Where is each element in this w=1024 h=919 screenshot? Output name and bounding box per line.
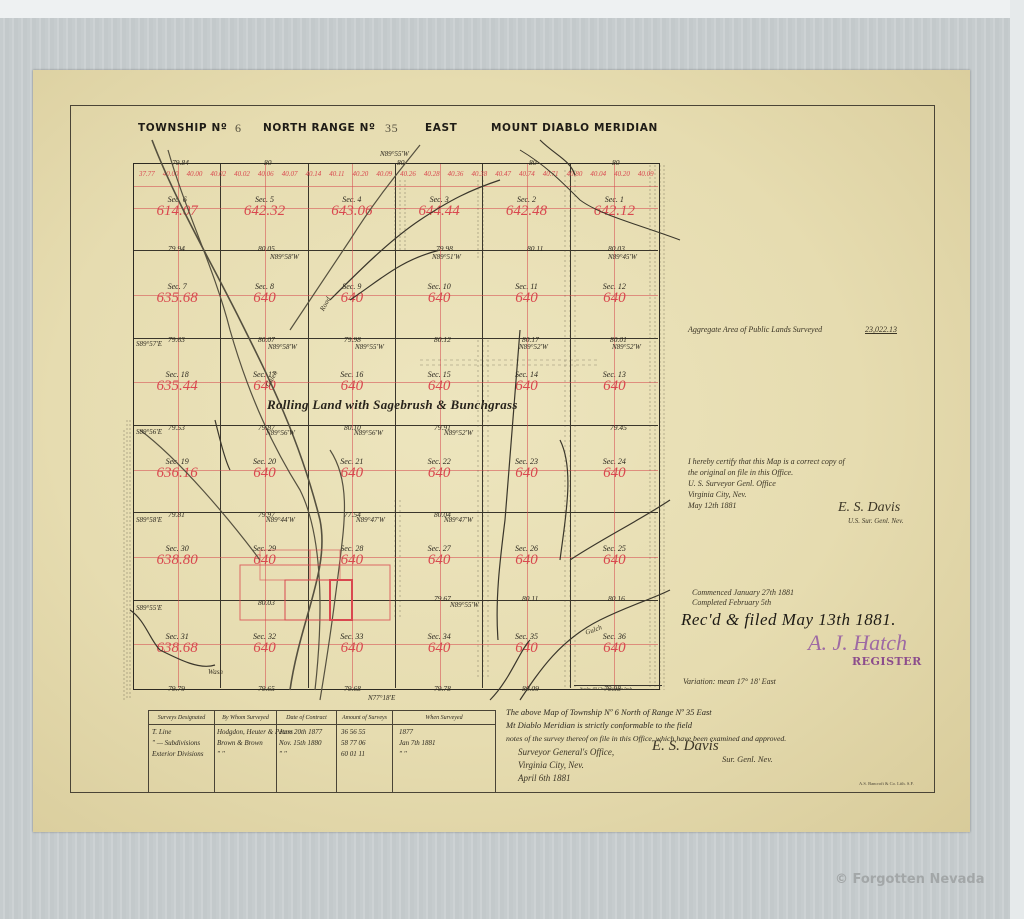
chain-distance: 79.84 xyxy=(172,158,189,167)
chain-distance: 80 xyxy=(397,158,405,167)
certify-line: Virginia City, Nev. xyxy=(688,489,845,500)
chain-distance: 79.63 xyxy=(168,335,185,344)
certify-line: May 12th 1881 xyxy=(688,500,845,511)
table-header: By Whom Surveyed xyxy=(215,711,277,725)
chain-distance: 80.11 xyxy=(527,244,543,253)
wash-label: Wash xyxy=(208,668,223,676)
certificate-signature-title: Sur. Genl. Nev. xyxy=(722,754,773,764)
table-header: Amount of Surveys xyxy=(337,711,393,725)
line-bearing: N89°45'W xyxy=(608,253,637,261)
line-bearing: N89°55'W xyxy=(380,150,409,158)
line-bearing: N89°47'W xyxy=(444,516,473,524)
chain-distance: 79.78 xyxy=(434,684,451,693)
line-bearing: N89°44'W xyxy=(266,516,295,524)
line-bearing: N89°56'W xyxy=(266,429,295,437)
chain-distance: 79.65 xyxy=(258,684,275,693)
chain-distance: 80.11 xyxy=(522,594,538,603)
chain-distance: 79.45 xyxy=(610,423,627,432)
table-cell: Exterior Divisions xyxy=(152,750,204,758)
chain-distance: 80 xyxy=(529,158,537,167)
line-bearing: S89°56'E xyxy=(136,428,162,436)
chain-distance: 79.67 xyxy=(434,594,451,603)
chain-distance: 80 xyxy=(612,158,620,167)
certify-line: U. S. Surveyor Genl. Office xyxy=(688,478,845,489)
chain-distance: 80.12 xyxy=(434,335,451,344)
line-bearing: N89°51'W xyxy=(432,253,461,261)
aggregate-area-label: Aggregate Area of Public Lands Surveyed xyxy=(688,325,822,334)
chain-distance: 79.53 xyxy=(168,423,185,432)
line-bearing: S89°58'E xyxy=(136,516,162,524)
lithographer-credit: A.S. Bancroft & Co. Lith. S.F. xyxy=(859,781,914,786)
chain-distance: 80 xyxy=(264,158,272,167)
table-cell: June 20th 1877 xyxy=(279,728,322,736)
aggregate-area-value: 23,022.13 xyxy=(865,325,897,334)
watermark: © Forgotten Nevada xyxy=(835,872,985,887)
table-cell: 60 01 11 xyxy=(341,750,365,758)
certificate-line: The above Map of Township Nº 6 North of … xyxy=(506,706,886,719)
certify-signature-title: U.S. Sur. Genl. Nev. xyxy=(848,517,903,525)
certify-line: I hereby certify that this Map is a corr… xyxy=(688,456,845,467)
table-cell: T. Line xyxy=(152,728,171,736)
line-bearing: N89°56'W xyxy=(354,429,383,437)
register-signature: A. J. Hatch xyxy=(808,630,907,656)
office-block: Surveyor General's Office, Virginia City… xyxy=(518,746,614,785)
chain-distance: 79.94 xyxy=(168,244,185,253)
completed-date: Completed February 5th xyxy=(692,598,771,607)
table-cell: Nov. 15th 1880 xyxy=(279,739,321,747)
table-cell: " — Subdivisions xyxy=(152,739,200,747)
table-header: Surveys Designated xyxy=(149,711,215,725)
chain-distance: 80.05 xyxy=(258,244,275,253)
line-bearing: N89°55'W xyxy=(450,601,479,609)
line-bearing: N77°18'E xyxy=(368,694,395,702)
land-description: Rolling Land with Sagebrush & Bunchgrass xyxy=(267,397,518,413)
chain-distance: 79.79 xyxy=(168,684,185,693)
line-bearing: N89°58'W xyxy=(270,253,299,261)
chain-distance: 80.09 xyxy=(522,684,539,693)
table-header: When Surveyed xyxy=(393,711,495,725)
line-bearing: S89°55'E xyxy=(136,604,162,612)
chain-distance: 80.03 xyxy=(258,598,275,607)
table-cell: " " xyxy=(279,750,287,758)
line-bearing: N89°58'W xyxy=(268,343,297,351)
survey-table: Surveys Designated By Whom Surveyed Date… xyxy=(148,710,496,793)
line-bearing: N89°52'W xyxy=(444,429,473,437)
certificate-line: Mt Diablo Meridian is strictly conformab… xyxy=(506,719,886,732)
table-cell: Jan 7th 1881 xyxy=(399,739,436,747)
register-stamp: REGISTER xyxy=(852,655,922,668)
chain-distance: 79.98 xyxy=(436,244,453,253)
certify-copy-note: I hereby certify that this Map is a corr… xyxy=(688,456,845,511)
chain-distance: 80.03 xyxy=(608,244,625,253)
line-bearing: N89°47'W xyxy=(356,516,385,524)
table-cell: 58 77 06 xyxy=(341,739,366,747)
office-line: Surveyor General's Office, xyxy=(518,746,614,759)
table-cell: " " xyxy=(217,750,225,758)
commenced-date: Commenced January 27th 1881 xyxy=(692,588,794,597)
certificate-signature: E. S. Davis xyxy=(652,738,719,755)
table-cell: " " xyxy=(399,750,407,758)
line-bearing: N89°55'W xyxy=(355,343,384,351)
certify-line: the original on file in this Office. xyxy=(688,467,845,478)
table-cell: 36 56 55 xyxy=(341,728,366,736)
scale-caption: Scale: 40 Chains to one Inch xyxy=(580,686,632,691)
chain-distance: 80.16 xyxy=(608,594,625,603)
filed-stamp: Rec'd & filed May 13th 1881. xyxy=(681,610,896,630)
table-cell: Brown & Brown xyxy=(217,739,263,747)
line-bearing: S89°57'E xyxy=(136,340,162,348)
magnetic-variation: Variation: mean 17° 18' East xyxy=(683,677,776,686)
table-cell: 1877 xyxy=(399,728,413,736)
chain-distance: 79.68 xyxy=(344,684,361,693)
certify-signature: E. S. Davis xyxy=(838,500,900,516)
table-header: Date of Contract xyxy=(277,711,337,725)
line-bearing: N89°52'W xyxy=(612,343,641,351)
office-line: April 6th 1881 xyxy=(518,772,614,785)
office-line: Virginia City, Nev. xyxy=(518,759,614,772)
line-bearing: N89°52'W xyxy=(519,343,548,351)
chain-distance: 79.81 xyxy=(168,510,185,519)
scale-bar xyxy=(574,679,662,686)
